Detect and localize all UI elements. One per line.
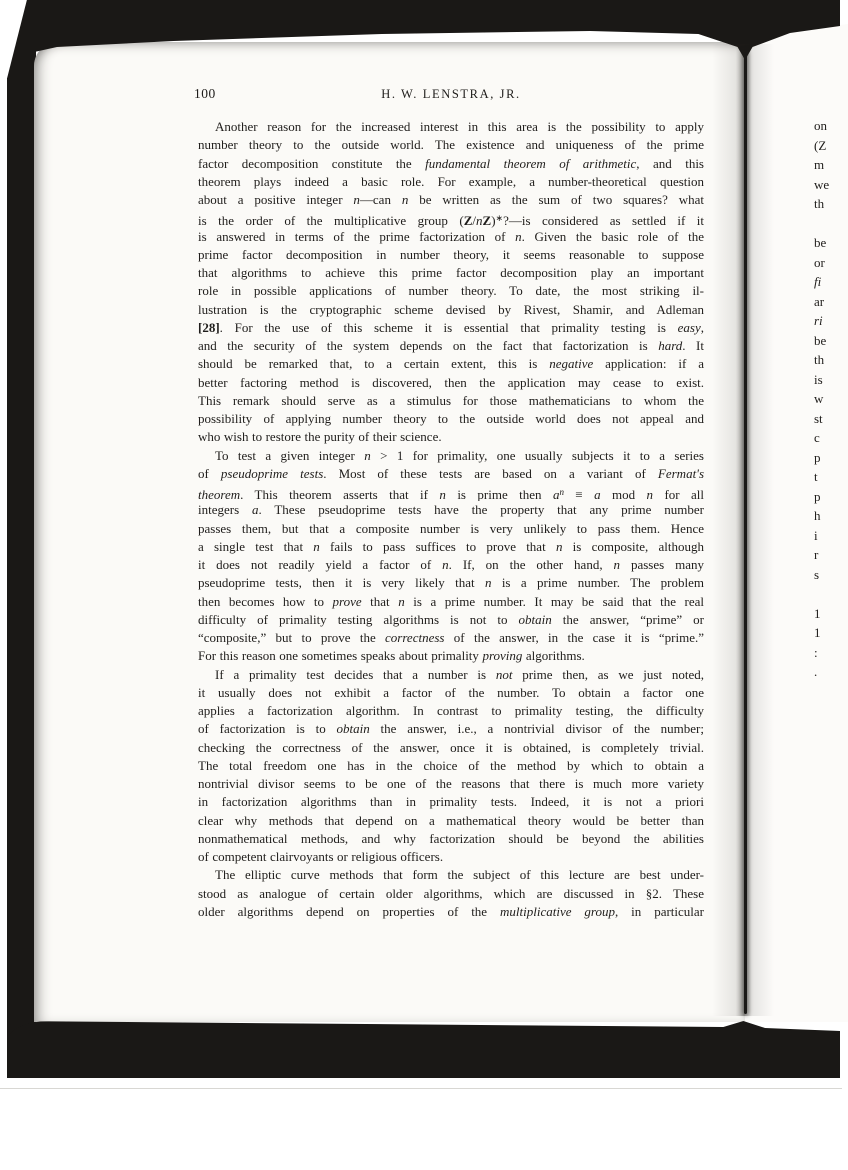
text-run: be: [814, 235, 826, 250]
text-run: be written as the sum of two squares? wh…: [408, 192, 704, 207]
text-run: and the security of the system depends o…: [198, 338, 658, 353]
text-run: not: [496, 667, 513, 682]
text-run: . Most of these tests are based on a var…: [323, 466, 658, 481]
text-run: then becomes how to: [198, 594, 333, 609]
body-line: of pseudoprime tests. Most of these test…: [198, 465, 704, 483]
next-page-text-fragment: th: [814, 194, 848, 214]
text-run: possibility of applying number theory to…: [198, 411, 704, 426]
body-line: This remark should serve as a stimulus f…: [198, 392, 704, 410]
text-run: factor decomposition constitute the: [198, 156, 425, 171]
next-page-text-fragment: s: [814, 565, 848, 585]
text-run: difficulty of primality testing algorith…: [198, 612, 519, 627]
text-run: for all: [653, 487, 704, 501]
next-page-text-fragment: ri: [814, 311, 848, 331]
next-page-text-fragment: or: [814, 253, 848, 273]
text-run: —can: [360, 192, 402, 207]
next-page-text-fragment: :: [814, 643, 848, 663]
body-line: lustration is the cryptographic scheme d…: [198, 301, 704, 319]
next-page-text-fragment: is: [814, 370, 848, 390]
body-line: “composite,” but to prove the correctnes…: [198, 629, 704, 647]
body-line: role in possible applications of number …: [198, 282, 704, 300]
next-page-text-fragment: .: [814, 662, 848, 682]
text-run: who wish to restore the purity of their …: [198, 429, 442, 444]
scanned-book-page-photo: 100 H. W. LENSTRA, JR. Another reason fo…: [0, 0, 848, 1170]
text-run: ∗: [496, 213, 504, 223]
text-run: , and this: [636, 156, 704, 171]
body-line: applies a factorization algorithm. In co…: [198, 702, 704, 720]
body-line: and the security of the system depends o…: [198, 337, 704, 355]
text-run: the answer, “prime” or: [552, 612, 704, 627]
text-run: be: [814, 333, 826, 348]
text-run: > 1 for primality, one usually subjects …: [371, 448, 704, 463]
text-run: p: [814, 489, 821, 504]
text-run: lustration is the cryptographic scheme d…: [198, 302, 704, 317]
text-run: multiplicative group: [500, 904, 615, 919]
page-header: 100 H. W. LENSTRA, JR.: [198, 86, 704, 104]
text-run: it usually does not exhibit a factor of …: [198, 685, 704, 700]
text-run: passes them, but that a composite number…: [198, 521, 704, 536]
text-run: prime factor decomposition in number the…: [198, 247, 704, 262]
body-line: difficulty of primality testing algorith…: [198, 611, 704, 629]
text-run: about a positive integer: [198, 192, 353, 207]
body-line: pseudoprime tests, then it is very likel…: [198, 574, 704, 592]
next-page-text-fragment: 1: [814, 623, 848, 643]
text-run: “composite,” but to prove the: [198, 630, 385, 645]
body-line: For this reason one sometimes speaks abo…: [198, 647, 704, 665]
text-run: clear why methods that depend on a mathe…: [198, 813, 704, 828]
body-text: Another reason for the increased interes…: [198, 118, 704, 921]
next-page-text-fragment: 1: [814, 604, 848, 624]
next-page-text-fragment: we: [814, 175, 848, 195]
text-run: ?—is considered as settled if it: [503, 213, 704, 227]
text-run: For this reason one sometimes speaks abo…: [198, 648, 482, 663]
next-page-text-fragment: i: [814, 526, 848, 546]
body-line: possibility of applying number theory to…: [198, 410, 704, 428]
body-line: The total freedom one has in the choice …: [198, 757, 704, 775]
text-run: we: [814, 177, 829, 192]
text-run: Another reason for the increased interes…: [215, 119, 704, 134]
text-run: .: [814, 664, 817, 679]
text-run: r: [814, 547, 818, 562]
text-run: it does not readily yield a factor of: [198, 557, 442, 572]
text-run: prime then, as we just noted,: [512, 667, 704, 682]
text-run: the answer, i.e., a nontrivial divisor o…: [370, 721, 704, 736]
next-page-text-fragments: on(Zmwethbeorfiarribethiswstcptphirs11:.: [814, 116, 848, 682]
text-run: of competent clairvoyants or religious o…: [198, 849, 443, 864]
body-line: stood as analogue of certain older algor…: [198, 885, 704, 903]
text-run: The total freedom one has in the choice …: [198, 758, 704, 773]
next-page-text-fragment: on: [814, 116, 848, 136]
text-run: algorithms.: [522, 648, 584, 663]
text-run: mod: [601, 487, 647, 501]
page-bottom-edge-line: [0, 1088, 842, 1089]
scanner-black-border-bottom: [7, 1021, 840, 1078]
body-line: nontrivial divisor seems to be one of th…: [198, 775, 704, 793]
text-run: that algorithms to achieve this prime fa…: [198, 265, 704, 280]
body-line: clear why methods that depend on a mathe…: [198, 812, 704, 830]
text-run: t: [814, 469, 818, 484]
text-run: Fermat's: [658, 466, 704, 481]
text-run: theorem plays indeed a basic role. For e…: [198, 174, 704, 189]
body-line: in factorization algorithms than in prim…: [198, 793, 704, 811]
body-line: who wish to restore the purity of their …: [198, 428, 704, 446]
body-line: should be remarked that, to a certain ex…: [198, 355, 704, 373]
text-run: nonmathematical methods, and why factori…: [198, 831, 704, 846]
next-page-text-fragment: be: [814, 331, 848, 351]
text-run: 1: [814, 606, 821, 621]
text-run: . Given the basic role of the: [522, 229, 704, 244]
text-run: is a prime number. It may be said that t…: [405, 594, 704, 609]
text-run: . For the use of this scheme it is essen…: [220, 320, 678, 335]
next-page-text-fragment: [814, 214, 848, 234]
text-run: theorem: [198, 487, 240, 501]
body-line: integers a. These pseudoprime tests have…: [198, 501, 704, 519]
text-run: :: [814, 645, 818, 660]
text-run: obtain: [337, 721, 370, 736]
text-run: pseudoprime tests: [221, 466, 323, 481]
text-run: is answered in terms of the prime factor…: [198, 229, 515, 244]
body-line: older algorithms depend on properties of…: [198, 903, 704, 921]
next-page-text-fragment: be: [814, 233, 848, 253]
body-line: that algorithms to achieve this prime fa…: [198, 264, 704, 282]
text-run: better factoring method is discovered, t…: [198, 375, 704, 390]
body-line: To test a given integer n > 1 for primal…: [198, 447, 704, 465]
text-run: The elliptic curve methods that form the…: [215, 867, 704, 882]
text-run: negative: [549, 356, 593, 371]
next-page-text-fragment: t: [814, 467, 848, 487]
next-page-text-fragment: w: [814, 389, 848, 409]
next-page-text-fragment: fi: [814, 272, 848, 292]
text-run: applies a factorization algorithm. In co…: [198, 703, 704, 718]
text-run: hard: [658, 338, 682, 353]
body-line: better factoring method is discovered, t…: [198, 374, 704, 392]
body-line: of competent clairvoyants or religious o…: [198, 848, 704, 866]
text-run: easy: [678, 320, 701, 335]
text-run: a single test that: [198, 539, 313, 554]
text-run: h: [814, 508, 821, 523]
book-gutter-shadow: [712, 44, 774, 1016]
text-run: proving: [482, 648, 522, 663]
text-run: is: [814, 372, 823, 387]
text-run: Z: [483, 213, 492, 227]
text-run: is composite, although: [562, 539, 704, 554]
text-run: c: [814, 430, 820, 445]
body-line: prime factor decomposition in number the…: [198, 246, 704, 264]
text-run: stood as analogue of certain older algor…: [198, 886, 704, 901]
text-run: fi: [814, 274, 821, 289]
body-line: is answered in terms of the prime factor…: [198, 228, 704, 246]
body-line: theorem. This theorem asserts that if n …: [198, 483, 704, 501]
body-line: checking the correctness of the answer, …: [198, 739, 704, 757]
body-line: [28]. For the use of this scheme it is e…: [198, 319, 704, 337]
text-run: [28]: [198, 320, 220, 335]
text-run: or: [814, 255, 825, 270]
text-run: of: [198, 466, 221, 481]
text-run: th: [814, 352, 824, 367]
body-line: it does not readily yield a factor of n.…: [198, 556, 704, 574]
next-page-text-fragment: m: [814, 155, 848, 175]
text-run: should be remarked that, to a certain ex…: [198, 356, 549, 371]
text-run: fundamental theorem of arithmetic: [425, 156, 636, 171]
text-run: i: [814, 528, 818, 543]
body-line: Another reason for the increased interes…: [198, 118, 704, 136]
next-page-text-fragment: c: [814, 428, 848, 448]
text-run: integers: [198, 502, 252, 517]
next-page-text-fragment: th: [814, 350, 848, 370]
text-run: s: [814, 567, 819, 582]
body-line: The elliptic curve methods that form the…: [198, 866, 704, 884]
text-run: (Z: [814, 138, 826, 153]
text-run: is the order of the multiplicative group…: [198, 213, 464, 227]
body-line: then becomes how to prove that n is a pr…: [198, 593, 704, 611]
next-page-text-fragment: p: [814, 487, 848, 507]
scanner-black-border-left: [7, 0, 36, 1075]
text-run: This remark should serve as a stimulus f…: [198, 393, 704, 408]
text-run: st: [814, 411, 823, 426]
text-run: is a prime number. The problem: [491, 575, 704, 590]
text-run: is prime then: [446, 487, 553, 501]
text-run: application: if a: [593, 356, 704, 371]
next-page-text-fragment: h: [814, 506, 848, 526]
text-run: passes many: [620, 557, 704, 572]
running-header: H. W. LENSTRA, JR.: [198, 87, 704, 102]
text-run: If a primality test decides that a numbe…: [215, 667, 496, 682]
text-run: fails to pass suffices to prove that: [320, 539, 556, 554]
body-line: If a primality test decides that a numbe…: [198, 666, 704, 684]
text-run: number theory to the outside world. The …: [198, 137, 704, 152]
text-run: ri: [814, 313, 823, 328]
body-line: nonmathematical methods, and why factori…: [198, 830, 704, 848]
text-run: obtain: [519, 612, 552, 627]
body-line: is the order of the multiplicative group…: [198, 209, 704, 227]
text-run: prove: [333, 594, 362, 609]
text-run: ≡: [564, 487, 594, 501]
text-run: w: [814, 391, 823, 406]
text-run: older algorithms depend on properties of…: [198, 904, 500, 919]
text-run: correctness: [385, 630, 444, 645]
text-run: ,: [701, 320, 704, 335]
body-line: factor decomposition constitute the fund…: [198, 155, 704, 173]
book-gutter-line: [744, 52, 747, 1014]
next-page-text-fragment: p: [814, 448, 848, 468]
text-run: 1: [814, 625, 821, 640]
text-run: role in possible applications of number …: [198, 283, 704, 298]
text-run: p: [814, 450, 821, 465]
text-run: on: [814, 118, 827, 133]
text-run: in factorization algorithms than in prim…: [198, 794, 704, 809]
text-run: th: [814, 196, 824, 211]
text-run: . It: [682, 338, 704, 353]
body-line: a single test that n fails to pass suffi…: [198, 538, 704, 556]
text-run: checking the correctness of the answer, …: [198, 740, 704, 755]
next-page-text-fragment: r: [814, 545, 848, 565]
body-line: theorem plays indeed a basic role. For e…: [198, 173, 704, 191]
next-page-text-fragment: [814, 584, 848, 604]
body-line: number theory to the outside world. The …: [198, 136, 704, 154]
text-run: of factorization is to: [198, 721, 337, 736]
text-run: that: [362, 594, 399, 609]
text-run: . If, on the other hand,: [449, 557, 614, 572]
text-run: To test a given integer: [215, 448, 364, 463]
text-run: of the answer, in the case it is “prime.…: [444, 630, 704, 645]
body-line: it usually does not exhibit a factor of …: [198, 684, 704, 702]
body-line: passes them, but that a composite number…: [198, 520, 704, 538]
text-run: pseudoprime tests, then it is very likel…: [198, 575, 485, 590]
text-run: m: [814, 157, 824, 172]
next-page-text-fragment: (Z: [814, 136, 848, 156]
next-page-text-fragment: st: [814, 409, 848, 429]
text-run: nontrivial divisor seems to be one of th…: [198, 776, 704, 791]
body-line: of factorization is to obtain the answer…: [198, 720, 704, 738]
text-run: . These pseudoprime tests have the prope…: [259, 502, 705, 517]
text-run: ar: [814, 294, 824, 309]
text-run: . This theorem asserts that if: [240, 487, 439, 501]
body-line: about a positive integer n—can n be writ…: [198, 191, 704, 209]
text-run: , in particular: [615, 904, 704, 919]
next-page-text-fragment: ar: [814, 292, 848, 312]
